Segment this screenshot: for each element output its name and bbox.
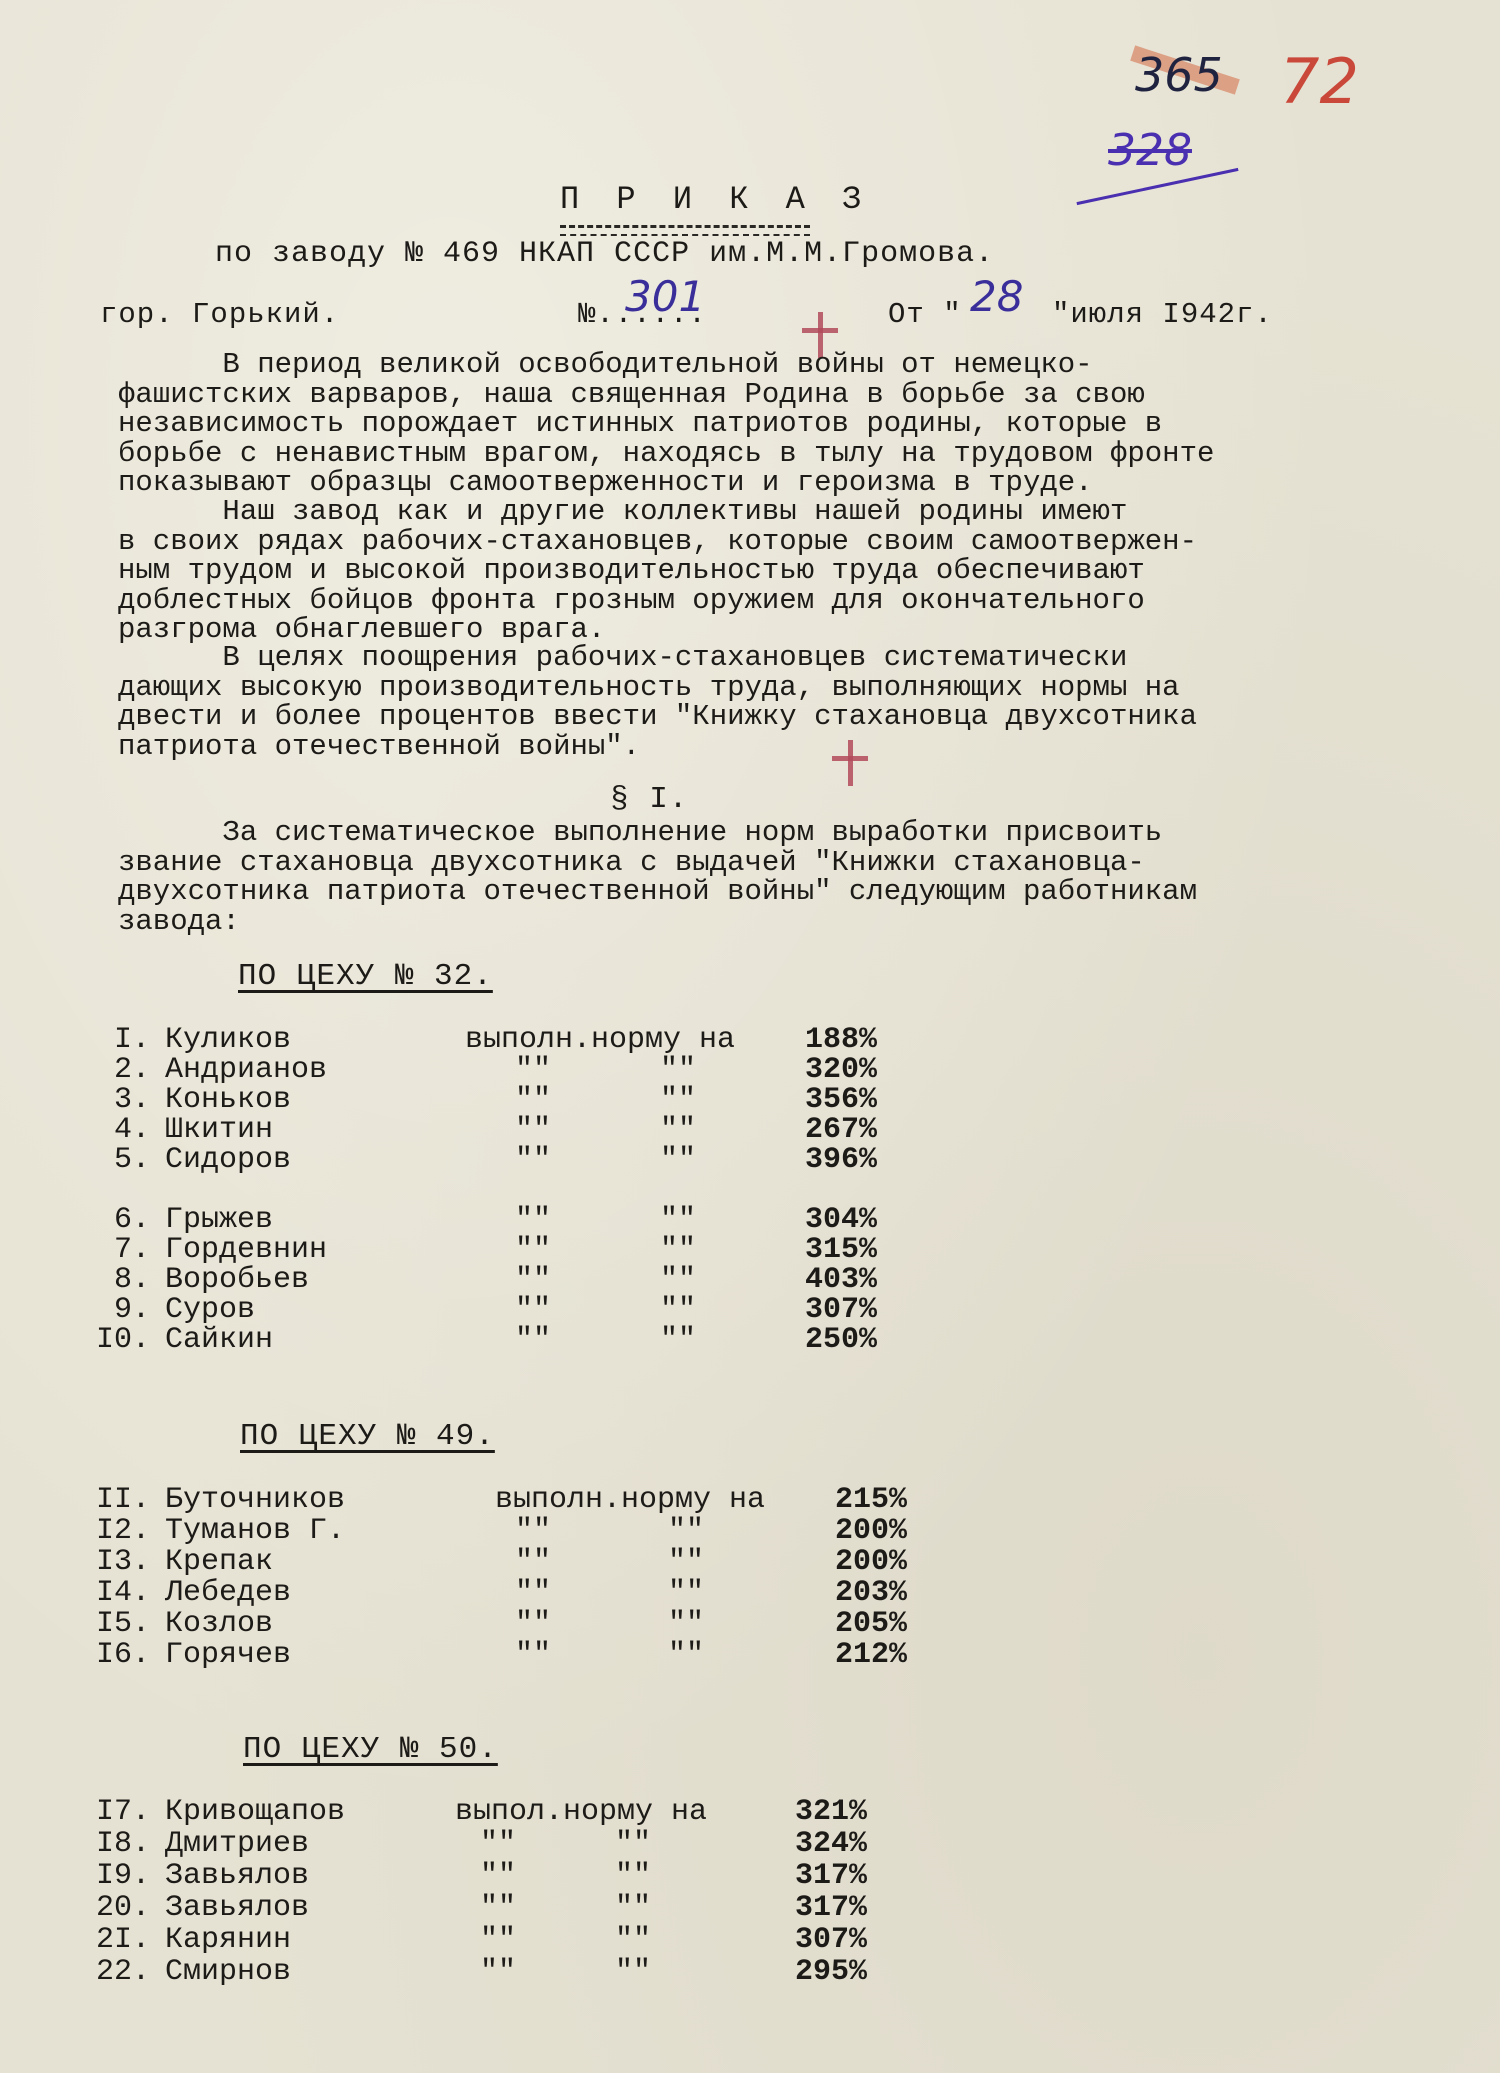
title-underline [560, 225, 810, 236]
preamble-paragraph-2: Наш завод как и другие коллективы нашей … [118, 497, 1418, 645]
document-title: П Р И К А З [560, 185, 870, 214]
preamble-paragraph-3: В целях поощрения рабочих-стахановцев си… [118, 643, 1418, 761]
shop-50-list: I7.Кривощаповвыпол.норму на321% I8.Дмитр… [90, 1797, 990, 1997]
shop-50-title: ПО ЦЕХУ № 50. [243, 1735, 498, 1764]
archive-number-red: 72 [1280, 45, 1359, 118]
order-number-handwritten: 301 [625, 272, 705, 321]
shop-49-list: II.Буточниковвыполн.норму на215% I2.Тума… [90, 1485, 990, 1675]
archive-number-blue: 328 [1108, 125, 1192, 176]
city-label: гор. Горький. [100, 300, 339, 329]
document-subtitle: по заводу № 469 НКАП СССР им.М.М.Громова… [215, 240, 994, 269]
shop-49-title: ПО ЦЕХУ № 49. [240, 1422, 495, 1451]
preamble-paragraph-1: В период великой освободительной войны о… [118, 350, 1418, 498]
red-plus-mark-icon [830, 740, 870, 786]
shop-32-list: I.Куликоввыполн.норму на188% 2.Андрианов… [90, 1025, 990, 1345]
shop-32-title: ПО ЦЕХУ № 32. [238, 962, 493, 991]
date-day-handwritten: 28 [970, 272, 1023, 321]
section-heading: § I. [610, 785, 688, 814]
date-label: От " [888, 300, 962, 329]
archive-number-struck: 365 [1135, 48, 1223, 102]
date-month-year: "июля I942г. [1052, 300, 1273, 329]
section-1-text: За систематическое выполнение норм выраб… [118, 818, 1418, 936]
